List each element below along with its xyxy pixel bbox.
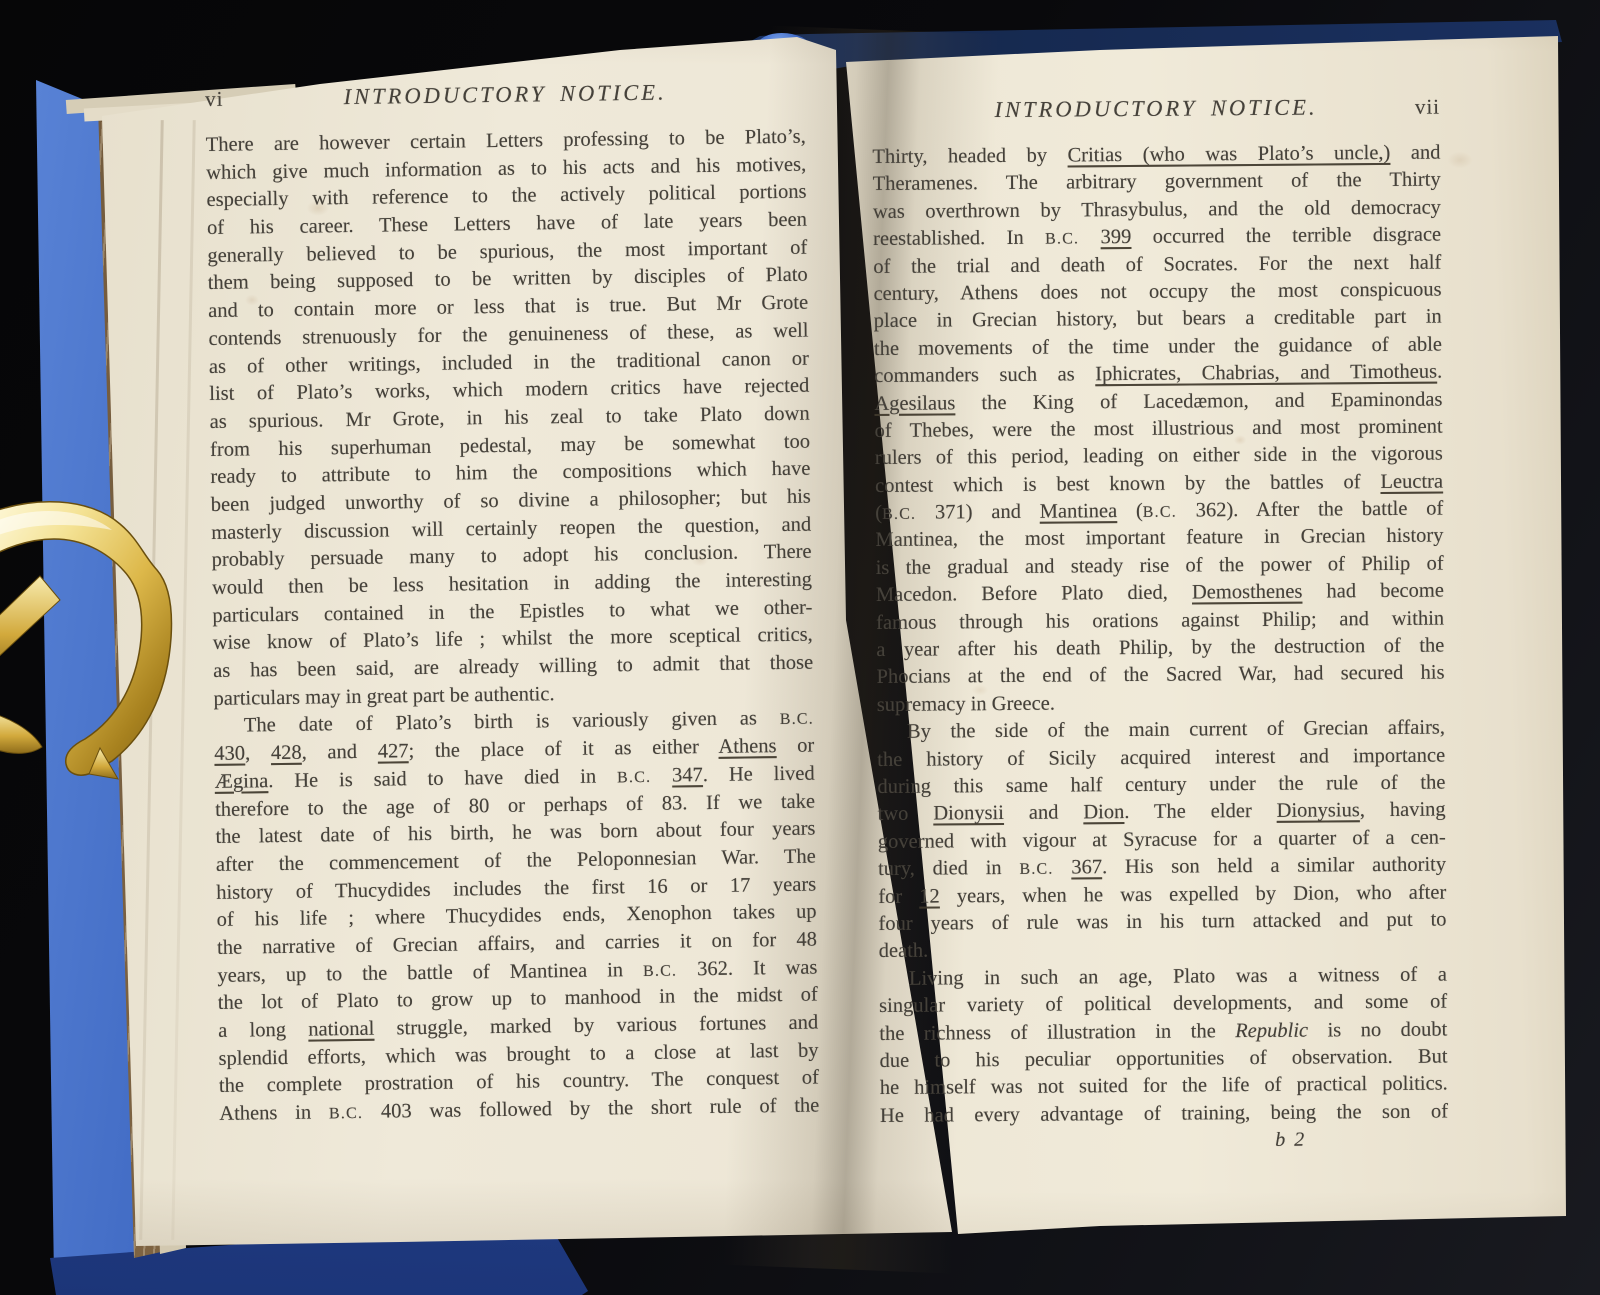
text-line: Macedon. Before Plato died, Demosthenes … (876, 578, 1444, 610)
left-running-header: vi INTRODUCTORY NOTICE. (205, 78, 805, 112)
left-page-text: vi INTRODUCTORY NOTICE. There are howeve… (205, 78, 820, 1129)
pencil-underline: Ægina (215, 770, 269, 793)
pencil-underline: Mantinea (1040, 500, 1118, 523)
left-folio: vi (205, 86, 275, 112)
text-line: for 12 years, when he was expelled by Di… (878, 879, 1446, 911)
pencil-underline: Critias (who was Plato’s uncle,) (1067, 142, 1390, 167)
text-line: reestablished. In B.C. 399 occurred the … (873, 222, 1441, 254)
small-caps-text: B.C. (643, 962, 677, 979)
left-page-body: There are however certain Letters profes… (206, 124, 820, 1129)
pencil-underline: Leuctra (1380, 470, 1443, 492)
pencil-underline: 12 (919, 885, 940, 907)
pencil-underline: 347 (672, 764, 703, 786)
pencil-underline: 399 (1101, 226, 1132, 248)
pencil-underline: Iphicrates, Chabrias, and Timotheus (1095, 361, 1437, 386)
pencil-underline: 367 (1071, 856, 1102, 878)
text-line: rulers of this period, leading on either… (875, 441, 1443, 473)
pencil-underline: Dionysii (933, 802, 1004, 825)
pencil-underline: Dion (1083, 801, 1124, 823)
italic-text: Republic (1235, 1019, 1308, 1042)
text-line: commanders such as Iphicrates, Chabrias,… (874, 359, 1442, 391)
right-running-header: INTRODUCTORY NOTICE. vii (872, 94, 1440, 124)
text-line: of the trial and death of Socrates. For … (873, 249, 1441, 281)
pencil-underline: Athens (718, 735, 776, 758)
pencil-underline: 427 (378, 740, 409, 762)
pencil-underline: Agesilaus (874, 392, 955, 415)
text-line: Theramenes. The arbitrary government of … (873, 167, 1441, 199)
signature-mark: b 2 (880, 1128, 1448, 1155)
header-spacer (872, 117, 942, 118)
text-line: four years of rule was in his turn attac… (878, 906, 1446, 938)
pencil-underline: 428 (271, 742, 302, 764)
small-caps-text: B.C. (882, 506, 916, 523)
header-spacer (735, 98, 805, 99)
anchor-shaft (0, 576, 60, 674)
text-line: tury, died in B.C. 367. His son held a s… (878, 852, 1446, 884)
right-page-body: Thirty, headed by Critias (who was Plato… (872, 140, 1448, 1130)
text-line: Phocians at the end of the Sacred War, h… (876, 660, 1444, 692)
small-caps-text: B.C. (329, 1105, 363, 1122)
text-line: Mantinea, the most important feature in … (875, 523, 1443, 555)
pencil-underline: national (308, 1018, 374, 1041)
gold-anchor-bookmark (0, 476, 208, 810)
text-line: Agesilaus the King of Lacedæmon, and Epa… (874, 386, 1442, 418)
pencil-underline: Dionysius (1277, 800, 1360, 823)
text-line: place in Grecian history, but bears a cr… (874, 304, 1442, 336)
book-photo-scene: vi INTRODUCTORY NOTICE. There are howeve… (0, 0, 1600, 1295)
pencil-underline: 430 (214, 743, 245, 765)
text-line: singular variety of political developmen… (879, 989, 1447, 1021)
small-caps-text: B.C. (780, 711, 814, 728)
anchor-lower-arm (0, 710, 42, 753)
running-title: INTRODUCTORY NOTICE. (275, 79, 735, 111)
small-caps-text: B.C. (1143, 504, 1177, 521)
text-line: two Dionysii and Dion. The elder Dionysi… (878, 797, 1446, 829)
right-page-text: INTRODUCTORY NOTICE. vii Thirty, headed … (872, 94, 1448, 1155)
small-caps-text: B.C. (617, 769, 651, 786)
running-title: INTRODUCTORY NOTICE. (942, 94, 1370, 123)
text-line: By the side of the main current of Greci… (877, 715, 1445, 747)
pencil-underline: Demosthenes (1192, 581, 1303, 604)
small-caps-text: B.C. (1019, 861, 1053, 878)
text-line: he himself was not suited for the life o… (880, 1071, 1448, 1103)
right-folio: vii (1370, 95, 1440, 121)
text-line: He had every advantage of training, bein… (880, 1098, 1448, 1130)
small-caps-text: B.C. (1045, 231, 1079, 248)
text-line: the richness of illustration in the Repu… (879, 1016, 1447, 1048)
